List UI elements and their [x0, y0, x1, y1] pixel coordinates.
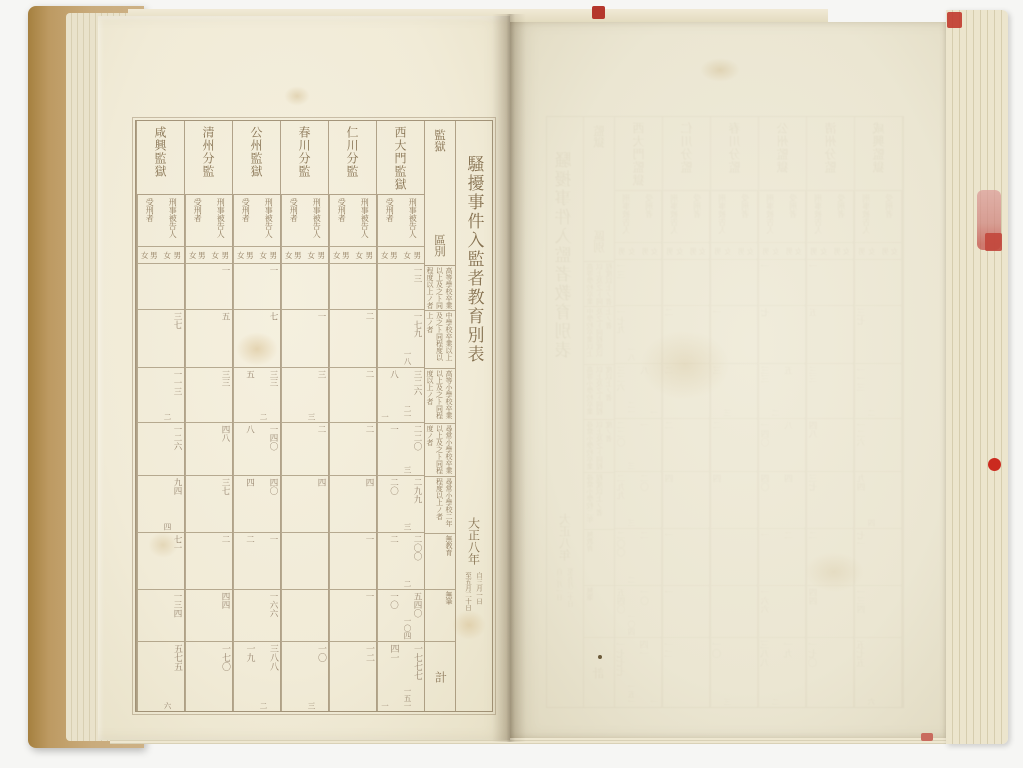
- defendant-label: 刑事被告人: [359, 198, 369, 246]
- male-value: 二: [666, 308, 676, 317]
- male-value: 一: [364, 592, 374, 601]
- subcolumn-defendant: 刑事被告人女男二二二四一一一二: [663, 191, 686, 707]
- subcolumn-header: 刑事被告人: [209, 195, 232, 247]
- male-value: 一二六: [858, 421, 868, 447]
- male-label: 男: [858, 246, 866, 257]
- female-value: 三: [723, 409, 733, 417]
- female-value: 二: [627, 576, 637, 584]
- data-cell: 一〇: [378, 590, 401, 642]
- data-cell: 一二六: [855, 419, 878, 472]
- female-value: 三: [627, 519, 637, 527]
- row-label-cell: 尋常小學校卒業以上及之ト同程度ノ者: [584, 420, 614, 473]
- row-label-cell: 尋常小學校卒業以上及之ト同程度ノ者: [425, 424, 455, 477]
- subcolumn-convict: 受刑者女男: [878, 191, 902, 707]
- subcolumn-header: 刑事被告人: [401, 195, 424, 247]
- male-female-header: 女男: [353, 247, 376, 264]
- row-label: 高等小學校卒業以上及之ト同程度以上ノ者: [425, 370, 453, 422]
- date-to: 至五月二十日: [566, 568, 575, 607]
- male-value: 五: [244, 370, 254, 379]
- male-value: 一一三: [858, 366, 868, 392]
- data-cell: 一〇: [638, 586, 661, 638]
- data-cell: 三三: [209, 368, 232, 423]
- male-value: 四〇: [268, 478, 278, 495]
- female-label: 女: [651, 246, 659, 257]
- data-cell: 九四四: [855, 472, 878, 529]
- data-cell: [186, 423, 209, 476]
- data-cell: [782, 586, 805, 638]
- data-cell: 二: [807, 529, 830, 586]
- data-cell: [138, 368, 161, 423]
- convict-label: 受刑者: [789, 194, 799, 242]
- prison-group: 仁川分監刑事被告人女男二二二四一一一二受刑者女男: [663, 117, 711, 707]
- data-cell: 五: [234, 368, 257, 423]
- corner-cell: 監獄區別: [425, 121, 455, 266]
- prison-group: 西大門監獄刑事被告人女男一三一七九一八三二六二一二二〇三二九九三二〇〇二五四〇一…: [615, 117, 663, 707]
- prison-subcolumns: 刑事被告人女男一三三二四一〇三受刑者女男: [711, 191, 758, 707]
- male-label: 男: [810, 246, 818, 257]
- prison-name: 春川分監: [726, 122, 743, 190]
- prison-name-cell: 西大門監獄: [615, 117, 662, 191]
- male-label: 男: [666, 246, 674, 257]
- convict-label: 受刑者: [192, 198, 202, 246]
- prison-group: 春川分監刑事被告人女男一三三二四一〇三受刑者女男: [280, 121, 328, 711]
- male-value: 一三四: [172, 592, 182, 618]
- male-female-header: 女男: [686, 243, 709, 260]
- row-label-cell: 無教育: [425, 534, 455, 591]
- subcolumn-convict: 受刑者女男五八四二一九: [782, 191, 806, 707]
- male-label: 男: [366, 250, 374, 261]
- data-cell: 一二: [663, 638, 686, 707]
- book-photo: 騷擾事件入監者教育別表大正八年自三月一日至五月二十日監獄區別高等學校卒業以上及之…: [0, 0, 1023, 768]
- male-label: 男: [270, 250, 278, 261]
- data-cell: [830, 529, 853, 586]
- row-label-cell: 尋常小學校二年程度以上ノ者: [584, 473, 614, 530]
- female-label: 女: [212, 250, 220, 261]
- male-value: 三三: [762, 366, 772, 383]
- subcolumn-defendant: 刑事被告人女男一五三三四八三七二四四一七〇: [209, 195, 232, 711]
- date-from: 自三月一日: [475, 572, 484, 611]
- data-cell: 一四〇: [257, 423, 280, 476]
- row-label-cell: 尋常小學校二年程度以上ノ者: [425, 477, 455, 534]
- female-label: 女: [308, 250, 316, 261]
- data-cell: 五七五六: [161, 642, 184, 711]
- red-dot-tab: [988, 458, 1001, 471]
- convict-label: 受刑者: [837, 194, 847, 242]
- data-cell: [782, 260, 805, 306]
- date-range: 自三月一日至五月二十日: [464, 572, 484, 611]
- row-label: 無教育: [444, 535, 454, 589]
- data-cell: 二: [663, 306, 686, 364]
- subcolumn-header: 受刑者: [734, 191, 757, 243]
- female-value: 一: [380, 413, 390, 421]
- male-female-header: 女男: [330, 247, 353, 264]
- prison-name-cell: 西大門監獄: [377, 121, 424, 195]
- data-cell: [830, 306, 853, 364]
- subcolumn-header: 受刑者: [234, 195, 257, 247]
- defendant-label: 刑事被告人: [311, 198, 321, 246]
- prison-name: 清州分監: [200, 126, 217, 194]
- male-value: 四八: [810, 421, 820, 438]
- data-cell: [330, 368, 353, 423]
- male-value: 三: [316, 370, 326, 379]
- data-cell: 二: [638, 529, 661, 586]
- data-cell: [378, 264, 401, 310]
- data-cell: 一七七七一五一: [615, 638, 638, 707]
- data-cell: [878, 638, 901, 707]
- male-value: 一〇: [388, 592, 398, 609]
- prison-name: 仁川分監: [678, 122, 695, 190]
- prison-name: 西大門監獄: [392, 126, 409, 194]
- data-cell: 八: [782, 419, 805, 472]
- female-value: 一: [380, 702, 390, 710]
- data-cell: 三八八二: [759, 638, 782, 707]
- female-value: 二: [771, 698, 781, 706]
- female-value: 三: [403, 523, 413, 531]
- row-label-column: 監獄區別高等學校卒業以上及之ト同程度以上ノ者中學校卒業以上及之ト同程度以上ノ者高…: [424, 121, 455, 711]
- data-cell: [711, 260, 734, 306]
- data-cell: 一七〇: [807, 638, 830, 707]
- data-cell: [282, 590, 305, 642]
- data-cell: [878, 529, 901, 586]
- male-value: 一: [220, 266, 230, 275]
- male-value: 一二: [364, 644, 374, 662]
- prison-subcolumns: 刑事被告人女男一七三三二一四〇四〇一一六六三八八二受刑者女男五八四二一九: [759, 191, 806, 707]
- data-cell: [282, 264, 305, 310]
- female-label: 女: [795, 246, 803, 257]
- male-value: 一七〇: [810, 640, 820, 667]
- red-tab-top: [592, 6, 605, 19]
- female-value: 一: [650, 698, 660, 706]
- female-value: 一五一: [627, 683, 637, 706]
- female-value: 一〇四: [627, 613, 637, 636]
- prison-name-cell: 咸興監獄: [137, 121, 184, 195]
- data-cell: 二: [234, 533, 257, 590]
- male-value: 四八: [220, 425, 230, 442]
- female-value: 三: [307, 413, 317, 421]
- data-cell: [638, 306, 661, 364]
- subcolumn-defendant: 刑事被告人女男一三一七九一八三二六二一二二〇三二九九三二〇〇二五四〇一〇四一七七…: [615, 191, 638, 707]
- data-cell: [378, 310, 401, 368]
- female-label: 女: [868, 246, 876, 257]
- female-value: 二: [259, 413, 269, 421]
- data-cell: [830, 638, 853, 707]
- female-value: 二: [163, 413, 173, 421]
- era-year: 大正八年: [557, 513, 574, 561]
- data-cell: [138, 533, 161, 590]
- prison-name: 公州監獄: [248, 126, 265, 194]
- data-cell: 四: [711, 472, 734, 529]
- female-value: 三: [723, 698, 733, 706]
- subcolumn-convict: 受刑者女男: [734, 191, 758, 707]
- male-female-header: 女男: [161, 247, 184, 264]
- male-label: 男: [390, 250, 398, 261]
- row-label: 尋常小學校卒業以上及之ト同程度ノ者: [586, 421, 614, 471]
- male-value: 一: [810, 262, 820, 271]
- corner-label-top: 監獄: [432, 129, 448, 152]
- male-value: 一〇: [316, 644, 326, 662]
- data-cell: 四: [782, 472, 805, 529]
- prison-name: 咸興監獄: [152, 126, 169, 194]
- subcolumn-header: 受刑者: [686, 191, 709, 243]
- female-value: 一八: [627, 346, 637, 361]
- male-value: 五七五: [172, 644, 182, 671]
- convict-label: 受刑者: [288, 198, 298, 246]
- prison-subcolumns: 刑事被告人女男一七三三二一四〇四〇一一六六三八八二受刑者女男五八四二一九: [233, 195, 280, 711]
- data-cell: [686, 306, 709, 364]
- male-value: 五: [810, 308, 820, 317]
- data-cell: 四一一: [638, 638, 661, 707]
- subcolumn-defendant: 刑事被告人女男二二二四一一一二: [353, 195, 376, 711]
- male-value: 一九: [785, 640, 795, 658]
- data-cell: 七: [759, 306, 782, 364]
- male-value: 四: [316, 478, 326, 487]
- prison-name: 清州分監: [822, 122, 839, 190]
- row-label: 高等學校卒業以上及之ト同程度以上ノ者: [586, 263, 614, 306]
- data-cell: 五七五六: [855, 638, 878, 707]
- data-cell: 一: [807, 260, 830, 306]
- male-value: 二: [388, 535, 398, 544]
- defendant-label: 刑事被告人: [670, 194, 680, 242]
- female-label: 女: [141, 250, 149, 261]
- row-label: 高等學校卒業以上及之ト同程度以上ノ者: [425, 267, 453, 310]
- data-cell: 三三二: [759, 364, 782, 419]
- male-label: 男: [414, 250, 422, 261]
- female-label: 女: [772, 246, 780, 257]
- prison-subcolumns: 刑事被告人女男三七一一三二一二六九四四七一一三四五七五六受刑者女男: [855, 191, 902, 707]
- male-value: 二: [714, 421, 724, 430]
- data-cell: 八一: [378, 368, 401, 423]
- male-value: 二: [666, 366, 676, 375]
- female-value: 二: [867, 409, 877, 417]
- male-value: 二九九: [412, 478, 422, 504]
- bleed-through-ghost: 騷擾事件入監者教育別表大正八年自三月一日至五月二十日監獄區別高等學校卒業以上及之…: [546, 116, 904, 708]
- subcolumn-header: 受刑者: [330, 195, 353, 247]
- male-label: 男: [150, 250, 158, 261]
- data-cell: [734, 472, 757, 529]
- subcolumn-defendant: 刑事被告人女男一七三三二一四〇四〇一一六六三八八二: [759, 191, 782, 707]
- data-cell: 二: [663, 364, 686, 419]
- female-value: 一〇四: [403, 617, 413, 640]
- subcolumn-defendant: 刑事被告人女男一三三二四一〇三: [305, 195, 328, 711]
- prison-name-cell: 春川分監: [281, 121, 328, 195]
- data-cell: 四〇: [257, 476, 280, 533]
- subcolumn-header: 受刑者: [378, 195, 401, 247]
- data-cell: [330, 590, 353, 642]
- data-cell: 一六六: [759, 586, 782, 638]
- male-value: 一: [714, 308, 724, 317]
- date-range: 自三月一日至五月二十日: [555, 568, 575, 607]
- male-value: 一: [268, 266, 278, 275]
- data-cell: 三二六二一: [615, 364, 638, 419]
- prison-name-cell: 仁川分監: [329, 121, 376, 195]
- data-cell: 三八八二: [257, 642, 280, 711]
- data-cell: 一六六: [257, 590, 280, 642]
- data-cell: 一: [663, 586, 686, 638]
- data-cell: 四八: [807, 419, 830, 472]
- prison-subcolumns: 刑事被告人女男一三三二四一〇三受刑者女男: [281, 195, 328, 711]
- subcolumn-defendant: 刑事被告人女男一三三二四一〇三: [711, 191, 734, 707]
- data-cell: 二〇〇二: [401, 533, 424, 590]
- male-female-header: 女男: [401, 247, 424, 264]
- defendant-label: 刑事被告人: [167, 198, 177, 246]
- male-value: 一: [316, 312, 326, 321]
- prison-subcolumns: 刑事被告人女男二二二四一一一二受刑者女男: [663, 191, 710, 707]
- female-label: 女: [285, 250, 293, 261]
- data-cell: 三三二: [257, 368, 280, 423]
- row-label-cell: 中學校卒業以上及之ト同程度以上ノ者: [425, 311, 455, 369]
- row-label-cell: 計: [425, 642, 455, 711]
- male-value: 四: [364, 478, 374, 487]
- data-cell: 四: [353, 476, 376, 533]
- data-cell: 二: [663, 419, 686, 472]
- male-value: 二: [785, 531, 795, 540]
- data-cell: [878, 306, 901, 364]
- male-value: 一六六: [762, 588, 772, 614]
- data-cell: 五: [782, 364, 805, 419]
- male-value: 五: [785, 366, 795, 375]
- male-value: 一一三: [172, 370, 182, 396]
- data-cell: 一二六: [161, 423, 184, 476]
- data-cell: [330, 476, 353, 533]
- male-value: 一〇: [714, 640, 724, 658]
- female-value: 二一: [403, 405, 413, 420]
- defendant-label: 刑事被告人: [263, 198, 273, 246]
- male-label: 男: [641, 246, 649, 257]
- page-stack-right: [946, 10, 1008, 744]
- prison-subcolumns: 刑事被告人女男一五三三四八三七二四四一七〇受刑者女男: [807, 191, 854, 707]
- male-female-header: 女男: [663, 243, 686, 260]
- row-label: 高等小學校卒業以上及之ト同程度以上ノ者: [586, 366, 614, 418]
- prison-name-cell: 公州監獄: [759, 117, 806, 191]
- female-value: 一: [650, 409, 660, 417]
- row-label: 無筆: [586, 587, 596, 636]
- male-female-header: 女男: [257, 247, 280, 264]
- male-female-header: 女男: [878, 243, 901, 260]
- data-cell: [138, 642, 161, 711]
- data-cell: [734, 306, 757, 364]
- subcolumn-defendant: 刑事被告人女男三七一一三二一二六九四四七一一三四五七五六: [855, 191, 878, 707]
- row-label: 無教育: [586, 531, 596, 585]
- male-value: 一: [268, 535, 278, 544]
- male-value: 一〇: [641, 588, 651, 605]
- data-cell: 二二〇三: [401, 423, 424, 476]
- female-label: 女: [747, 246, 755, 257]
- prison-subcolumns: 刑事被告人女男二二二四一一一二受刑者女男: [329, 195, 376, 711]
- male-female-header: 女男: [734, 243, 757, 260]
- subcolumn-header: 刑事被告人: [161, 195, 184, 247]
- data-cell: [305, 590, 328, 642]
- male-label: 男: [737, 246, 745, 257]
- data-cell: 七一: [855, 529, 878, 586]
- data-cell: 二: [782, 529, 805, 586]
- data-cell: 三三: [711, 364, 734, 419]
- male-value: 一: [364, 535, 374, 544]
- male-label: 男: [294, 250, 302, 261]
- red-tab-middle: [985, 233, 1002, 251]
- data-cell: 一九: [234, 642, 257, 711]
- male-value: 一: [666, 531, 676, 540]
- data-cell: [186, 264, 209, 310]
- data-cell: 一: [378, 423, 401, 476]
- subcolumn-header: 受刑者: [638, 191, 661, 243]
- row-label: 無筆: [444, 591, 454, 640]
- data-cell: 一一三二: [855, 364, 878, 419]
- data-cell: [282, 642, 305, 711]
- page-right: 騷擾事件入監者教育別表大正八年自三月一日至五月二十日監獄區別高等學校卒業以上及之…: [510, 22, 948, 738]
- male-value: 三七: [858, 308, 868, 325]
- male-female-header: 女男: [282, 247, 305, 264]
- data-cell: 五: [807, 306, 830, 364]
- subcolumn-header: 刑事被告人: [711, 191, 734, 243]
- male-value: 一七〇: [220, 644, 230, 671]
- prison-group: 咸興監獄刑事被告人女男三七一一三二一二六九四四七一一三四五七五六受刑者女男: [855, 117, 903, 707]
- data-cell: 一七〇: [209, 642, 232, 711]
- prison-name-cell: 仁川分監: [663, 117, 710, 191]
- subcolumn-defendant: 刑事被告人女男一三一七九一八三二六二一二二〇三二九九三二〇〇二五四〇一〇四一七七…: [401, 195, 424, 711]
- data-cell: [161, 264, 184, 310]
- data-cell: 三三: [807, 364, 830, 419]
- data-cell: 三七: [209, 476, 232, 533]
- data-cell: 二: [353, 423, 376, 476]
- data-cell: 一七七七一五一: [401, 642, 424, 711]
- male-value: 一七九: [618, 308, 628, 334]
- female-value: 六: [163, 702, 173, 710]
- data-cell: [878, 419, 901, 472]
- prison-name-cell: 春川分監: [711, 117, 758, 191]
- subcolumn-header: 受刑者: [878, 191, 901, 243]
- data-cell: 二: [378, 533, 401, 590]
- row-label-cell: 無筆: [425, 590, 455, 642]
- subcolumn-defendant: 刑事被告人女男三七一一三二一二六九四四七一一三四五七五六: [161, 195, 184, 711]
- data-cell: [830, 419, 853, 472]
- era-date-block: 大正八年自三月一日至五月二十日: [456, 517, 492, 611]
- male-value: 三二六: [618, 366, 628, 392]
- male-value: 八: [785, 421, 795, 430]
- prison-group: 清州分監刑事被告人女男一五三三四八三七二四四一七〇受刑者女男: [184, 121, 232, 711]
- subcolumn-header: 受刑者: [186, 195, 209, 247]
- male-label: 男: [222, 250, 230, 261]
- male-female-header: 女男: [830, 243, 853, 260]
- data-cell: 七一: [161, 533, 184, 590]
- subcolumn-header: 受刑者: [282, 195, 305, 247]
- male-value: 二: [666, 421, 676, 430]
- male-label: 男: [881, 246, 889, 257]
- convict-label: 受刑者: [336, 198, 346, 246]
- data-cell: [782, 306, 805, 364]
- prison-name-cell: 公州監獄: [233, 121, 280, 195]
- era-date-block: 大正八年自三月一日至五月二十日: [547, 513, 583, 607]
- data-cell: [686, 472, 709, 529]
- male-value: 一: [762, 531, 772, 540]
- prison-name: 西大門監獄: [630, 122, 647, 190]
- subcolumn-header: 刑事被告人: [807, 191, 830, 243]
- data-cell: [686, 364, 709, 419]
- prison-name: 春川分監: [296, 126, 313, 194]
- male-value: 三三: [220, 370, 230, 387]
- data-cell: 一: [353, 590, 376, 642]
- male-value: 一: [666, 588, 676, 597]
- data-cell: 一〇三: [305, 642, 328, 711]
- data-cell: 一九: [782, 638, 805, 707]
- prison-name-cell: 清州分監: [807, 117, 854, 191]
- male-value: 二九九: [618, 474, 628, 500]
- data-cell: [305, 264, 328, 310]
- male-female-header: 女男: [638, 243, 661, 260]
- male-female-header: 女男: [782, 243, 805, 260]
- prison-group: 清州分監刑事被告人女男一五三三四八三七二四四一七〇受刑者女男: [807, 117, 855, 707]
- prison-name: 咸興監獄: [870, 122, 887, 190]
- male-value: 五四〇: [412, 592, 422, 618]
